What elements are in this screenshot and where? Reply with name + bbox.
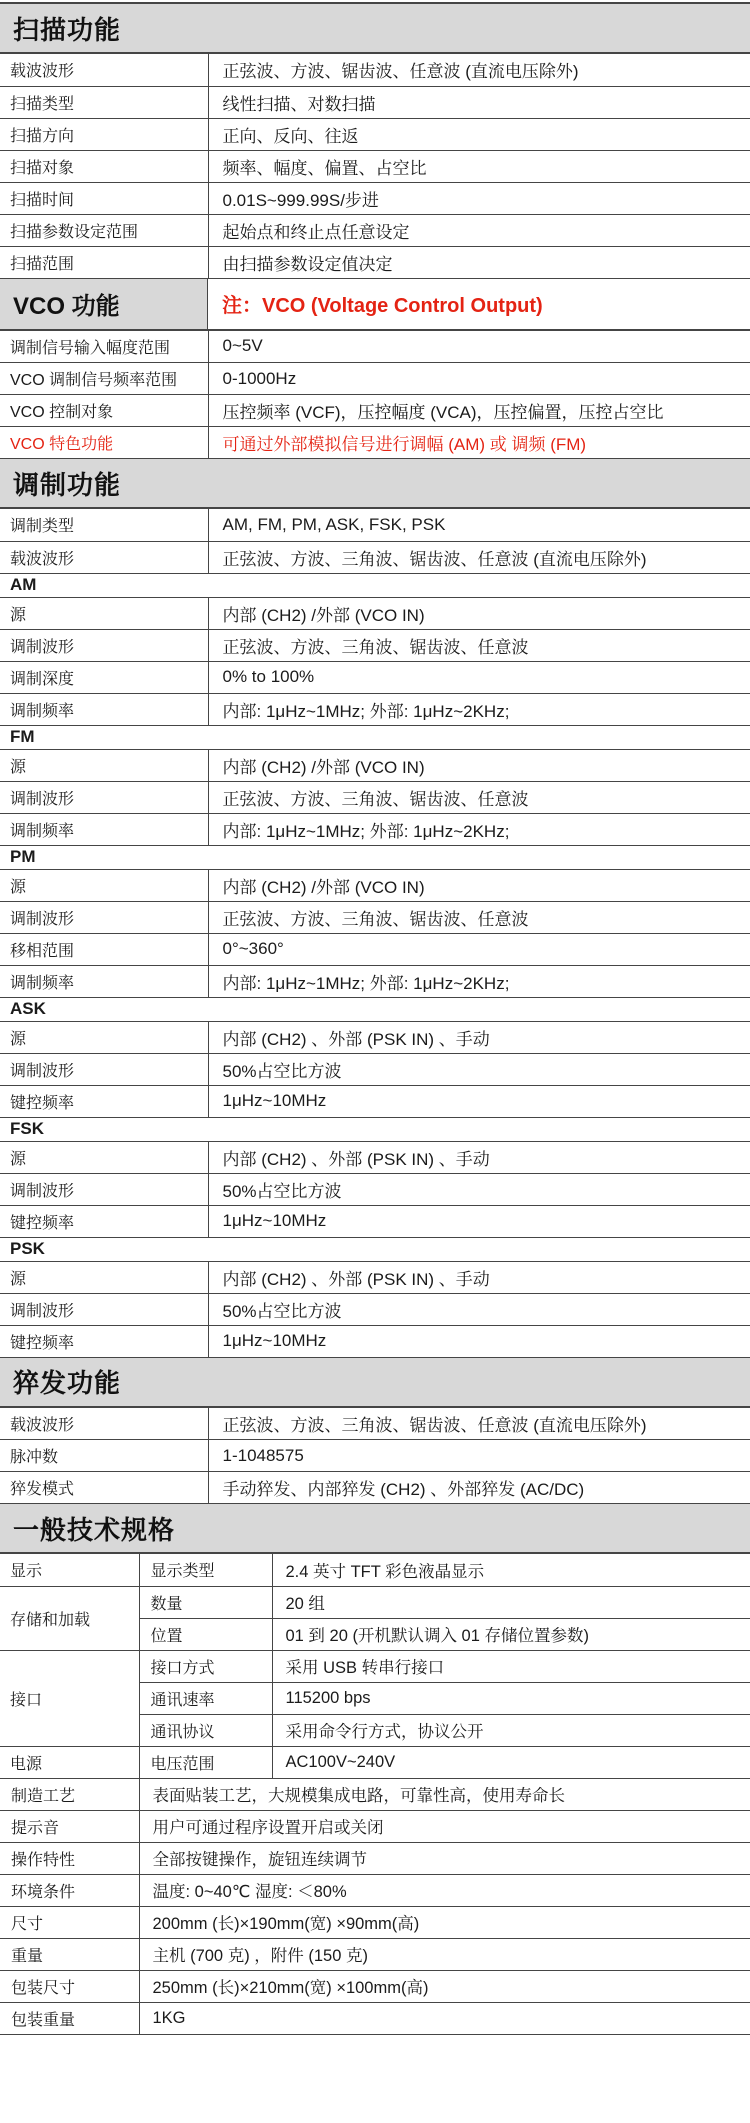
spec-row: 载波波形正弦波、方波、锯齿波、任意波 (直流电压除外) [0, 54, 750, 86]
spec-row: 源内部 (CH2) 、外部 (PSK IN) 、手动 [0, 1261, 750, 1293]
spec-row: VCO 特色功能可通过外部模拟信号进行调幅 (AM) 或 调频 (FM) [0, 427, 750, 459]
spec-value: 1μHz~10MHz [208, 1085, 750, 1117]
spec-row: FM [0, 725, 750, 749]
spec-row: VCO 调制信号频率范围0-1000Hz [0, 363, 750, 395]
spec-value: 内部 (CH2) 、外部 (PSK IN) 、手动 [208, 1021, 750, 1053]
spec-value: 采用 USB 转串行接口 [272, 1650, 750, 1682]
spec-value: 115200 bps [272, 1682, 750, 1714]
spec-value: 正弦波、方波、锯齿波、任意波 (直流电压除外) [208, 54, 750, 86]
spec-value: 50%占空比方波 [208, 1293, 750, 1325]
subsection-label: FSK [0, 1117, 750, 1141]
vco-note-cell: 注：VCO (Voltage Control Output) [208, 279, 750, 329]
spec-value: 2.4 英寸 TFT 彩色液晶显示 [272, 1554, 750, 1586]
spec-row: 接口接口方式采用 USB 转串行接口 [0, 1650, 750, 1682]
vco-note-text: 注：VCO (Voltage Control Output) [222, 289, 543, 318]
spec-row: 源内部 (CH2) /外部 (VCO IN) [0, 597, 750, 629]
spec-label: VCO 调制信号频率范围 [0, 363, 208, 395]
spec-value: 手动猝发、内部猝发 (CH2) 、外部猝发 (AC/DC) [208, 1472, 750, 1504]
spec-label: 扫描对象 [0, 150, 208, 182]
spec-row: 调制深度0% to 100% [0, 661, 750, 693]
spec-row: 调制信号输入幅度范围0~5V [0, 331, 750, 363]
subsection-label: ASK [0, 997, 750, 1021]
spec-row: 载波波形正弦波、方波、三角波、锯齿波、任意波 (直流电压除外) [0, 541, 750, 573]
spec-row: 调制波形正弦波、方波、三角波、锯齿波、任意波 [0, 901, 750, 933]
spec-value: 正弦波、方波、三角波、锯齿波、任意波 [208, 901, 750, 933]
spec-label: 键控频率 [0, 1205, 208, 1237]
spec-label: 调制频率 [0, 693, 208, 725]
spec-row: AM [0, 573, 750, 597]
spec-value: 内部 (CH2) 、外部 (PSK IN) 、手动 [208, 1261, 750, 1293]
spec-label: 源 [0, 1261, 208, 1293]
spec-row: 调制波形正弦波、方波、三角波、锯齿波、任意波 [0, 781, 750, 813]
spec-label: 位置 [139, 1618, 272, 1650]
section-header: 猝发功能 [0, 1358, 750, 1408]
section-header: 扫描功能 [0, 4, 750, 54]
spec-value: 用户可通过程序设置开启或关闭 [139, 1810, 750, 1842]
spec-row: 源内部 (CH2) 、外部 (PSK IN) 、手动 [0, 1141, 750, 1173]
spec-row: 调制波形50%占空比方波 [0, 1293, 750, 1325]
spec-value: 0°~360° [208, 933, 750, 965]
vco-section-header: VCO 功能注：VCO (Voltage Control Output) [0, 279, 750, 331]
spec-group-label: 电源 [0, 1746, 139, 1778]
spec-row: 移相范围0°~360° [0, 933, 750, 965]
spec-label: 调制波形 [0, 781, 208, 813]
spec-value: 内部: 1μHz~1MHz; 外部: 1μHz~2KHz; [208, 693, 750, 725]
spec-label: 键控频率 [0, 1085, 208, 1117]
spec-label: 源 [0, 1021, 208, 1053]
spec-label: 包装重量 [0, 2002, 139, 2034]
section-title: 猝发功能 [13, 1363, 121, 1400]
spec-label: 载波波形 [0, 1408, 208, 1440]
section-title: 扫描功能 [13, 10, 121, 47]
section-header: 调制功能 [0, 459, 750, 509]
spec-value: 线性扫描、对数扫描 [208, 86, 750, 118]
spec-label: 调制深度 [0, 661, 208, 693]
spec-row: 扫描参数设定范围起始点和终止点任意设定 [0, 214, 750, 246]
spec-row: 显示显示类型2.4 英寸 TFT 彩色液晶显示 [0, 1554, 750, 1586]
spec-value: 0-1000Hz [208, 363, 750, 395]
spec-value: 1μHz~10MHz [208, 1205, 750, 1237]
spec-value: 200mm (长)×190mm(宽) ×90mm(高) [139, 1906, 750, 1938]
spec-label: 扫描参数设定范围 [0, 214, 208, 246]
spec-value: 表面贴装工艺，大规模集成电路，可靠性高，使用寿命长 [139, 1778, 750, 1810]
spec-label: 扫描时间 [0, 182, 208, 214]
spec-row: ASK [0, 997, 750, 1021]
spec-value: 内部 (CH2) /外部 (VCO IN) [208, 749, 750, 781]
spec-row: 调制波形正弦波、方波、三角波、锯齿波、任意波 [0, 629, 750, 661]
spec-row: 键控频率1μHz~10MHz [0, 1085, 750, 1117]
spec-row: 扫描时间0.01S~999.99S/步进 [0, 182, 750, 214]
spec-row: 源内部 (CH2) /外部 (VCO IN) [0, 869, 750, 901]
spec-value: 由扫描参数设定值决定 [208, 246, 750, 278]
spec-value: 可通过外部模拟信号进行调幅 (AM) 或 调频 (FM) [208, 427, 750, 459]
spec-label: 调制波形 [0, 1293, 208, 1325]
spec-label: 调制频率 [0, 965, 208, 997]
spec-value: 主机 (700 克) ，附件 (150 克) [139, 1938, 750, 1970]
spec-label: 调制波形 [0, 629, 208, 661]
spec-value: 压控频率 (VCF)，压控幅度 (VCA)，压控偏置，压控占空比 [208, 395, 750, 427]
spec-group-label: 显示 [0, 1554, 139, 1586]
spec-value: 1μHz~10MHz [208, 1325, 750, 1357]
spec-value: 1KG [139, 2002, 750, 2034]
spec-value: 0~5V [208, 331, 750, 363]
spec-label: 电压范围 [139, 1746, 272, 1778]
spec-label: 尺寸 [0, 1906, 139, 1938]
spec-row: 扫描方向正向、反向、往返 [0, 118, 750, 150]
spec-value: 内部: 1μHz~1MHz; 外部: 1μHz~2KHz; [208, 813, 750, 845]
spec-row: 提示音用户可通过程序设置开启或关闭 [0, 1810, 750, 1842]
subsection-label: FM [0, 725, 750, 749]
spec-label: 移相范围 [0, 933, 208, 965]
spec-row: 扫描类型线性扫描、对数扫描 [0, 86, 750, 118]
spec-row: VCO 控制对象压控频率 (VCF)，压控幅度 (VCA)，压控偏置，压控占空比 [0, 395, 750, 427]
spec-value: 正弦波、方波、三角波、锯齿波、任意波 [208, 781, 750, 813]
spec-table: 调制信号输入幅度范围0~5VVCO 调制信号频率范围0-1000HzVCO 控制… [0, 331, 750, 460]
spec-label: VCO 特色功能 [0, 427, 208, 459]
spec-value: 20 组 [272, 1586, 750, 1618]
vco-section-title: VCO 功能 [0, 279, 208, 329]
spec-row: 源内部 (CH2) 、外部 (PSK IN) 、手动 [0, 1021, 750, 1053]
spec-row: 源内部 (CH2) /外部 (VCO IN) [0, 749, 750, 781]
spec-row: 载波波形正弦波、方波、三角波、锯齿波、任意波 (直流电压除外) [0, 1408, 750, 1440]
section-title: 一般技术规格 [13, 1510, 175, 1547]
spec-row: 扫描范围由扫描参数设定值决定 [0, 246, 750, 278]
spec-label: 键控频率 [0, 1325, 208, 1357]
spec-row: 调制波形50%占空比方波 [0, 1053, 750, 1085]
spec-value: 正向、反向、往返 [208, 118, 750, 150]
spec-row: FSK [0, 1117, 750, 1141]
spec-label: 调制信号输入幅度范围 [0, 331, 208, 363]
spec-value: 内部 (CH2) /外部 (VCO IN) [208, 869, 750, 901]
section-title: VCO 功能 [13, 286, 120, 321]
spec-label: 调制波形 [0, 1173, 208, 1205]
spec-row: 调制类型AM, FM, PM, ASK, FSK, PSK [0, 509, 750, 541]
subsection-label: PSK [0, 1237, 750, 1261]
spec-label: 调制频率 [0, 813, 208, 845]
spec-label: VCO 控制对象 [0, 395, 208, 427]
spec-label: 载波波形 [0, 54, 208, 86]
spec-table: 调制类型AM, FM, PM, ASK, FSK, PSK载波波形正弦波、方波、… [0, 509, 750, 1358]
spec-value: 采用命令行方式，协议公开 [272, 1714, 750, 1746]
spec-row: 键控频率1μHz~10MHz [0, 1205, 750, 1237]
spec-label: 重量 [0, 1938, 139, 1970]
spec-value: 起始点和终止点任意设定 [208, 214, 750, 246]
spec-label: 接口方式 [139, 1650, 272, 1682]
general-spec-table: 显示显示类型2.4 英寸 TFT 彩色液晶显示存储和加载数量20 组位置01 到… [0, 1554, 750, 2035]
spec-label: 源 [0, 1141, 208, 1173]
spec-value: 01 到 20 (开机默认调入 01 存储位置参数) [272, 1618, 750, 1650]
spec-row: 包装重量1KG [0, 2002, 750, 2034]
spec-label: 操作特性 [0, 1842, 139, 1874]
spec-group-label: 接口 [0, 1650, 139, 1746]
spec-row: 环境条件温度: 0~40℃ 湿度: ＜80% [0, 1874, 750, 1906]
spec-value: 50%占空比方波 [208, 1173, 750, 1205]
spec-row: 包装尺寸250mm (长)×210mm(宽) ×100mm(高) [0, 1970, 750, 2002]
spec-row: 调制频率内部: 1μHz~1MHz; 外部: 1μHz~2KHz; [0, 693, 750, 725]
spec-label: 源 [0, 749, 208, 781]
spec-row: 操作特性全部按键操作，旋钮连续调节 [0, 1842, 750, 1874]
spec-row: 脉冲数1-1048575 [0, 1440, 750, 1472]
spec-row: 调制波形50%占空比方波 [0, 1173, 750, 1205]
spec-label: 载波波形 [0, 541, 208, 573]
spec-value: 内部 (CH2) /外部 (VCO IN) [208, 597, 750, 629]
spec-value: 全部按键操作，旋钮连续调节 [139, 1842, 750, 1874]
spec-row: PM [0, 845, 750, 869]
spec-table: 载波波形正弦波、方波、三角波、锯齿波、任意波 (直流电压除外)脉冲数1-1048… [0, 1408, 750, 1505]
section-title: 调制功能 [13, 465, 121, 502]
spec-value: 温度: 0~40℃ 湿度: ＜80% [139, 1874, 750, 1906]
spec-row: PSK [0, 1237, 750, 1261]
spec-group-label: 存储和加载 [0, 1586, 139, 1650]
spec-value: 正弦波、方波、三角波、锯齿波、任意波 (直流电压除外) [208, 541, 750, 573]
spec-label: 扫描方向 [0, 118, 208, 150]
spec-label: 扫描范围 [0, 246, 208, 278]
spec-value: 1-1048575 [208, 1440, 750, 1472]
spec-row: 调制频率内部: 1μHz~1MHz; 外部: 1μHz~2KHz; [0, 965, 750, 997]
spec-label: 源 [0, 869, 208, 901]
spec-value: 正弦波、方波、三角波、锯齿波、任意波 (直流电压除外) [208, 1408, 750, 1440]
spec-value: 频率、幅度、偏置、占空比 [208, 150, 750, 182]
spec-label: 通讯速率 [139, 1682, 272, 1714]
subsection-label: AM [0, 573, 750, 597]
spec-row: 猝发模式手动猝发、内部猝发 (CH2) 、外部猝发 (AC/DC) [0, 1472, 750, 1504]
spec-row: 键控频率1μHz~10MHz [0, 1325, 750, 1357]
spec-value: 内部: 1μHz~1MHz; 外部: 1μHz~2KHz; [208, 965, 750, 997]
spec-row: 调制频率内部: 1μHz~1MHz; 外部: 1μHz~2KHz; [0, 813, 750, 845]
spec-row: 尺寸200mm (长)×190mm(宽) ×90mm(高) [0, 1906, 750, 1938]
spec-row: 扫描对象频率、幅度、偏置、占空比 [0, 150, 750, 182]
spec-row: 制造工艺表面贴装工艺，大规模集成电路，可靠性高，使用寿命长 [0, 1778, 750, 1810]
spec-label: 脉冲数 [0, 1440, 208, 1472]
spec-row: 电源电压范围AC100V~240V [0, 1746, 750, 1778]
spec-label: 调制波形 [0, 901, 208, 933]
spec-label: 通讯协议 [139, 1714, 272, 1746]
spec-label: 显示类型 [139, 1554, 272, 1586]
spec-value: 内部 (CH2) 、外部 (PSK IN) 、手动 [208, 1141, 750, 1173]
spec-value: 0% to 100% [208, 661, 750, 693]
spec-row: 存储和加载数量20 组 [0, 1586, 750, 1618]
spec-value: 250mm (长)×210mm(宽) ×100mm(高) [139, 1970, 750, 2002]
spec-label: 提示音 [0, 1810, 139, 1842]
spec-label: 制造工艺 [0, 1778, 139, 1810]
spec-sheet-document: 扫描功能载波波形正弦波、方波、锯齿波、任意波 (直流电压除外)扫描类型线性扫描、… [0, 2, 750, 2035]
spec-label: 包装尺寸 [0, 1970, 139, 2002]
spec-label: 数量 [139, 1586, 272, 1618]
spec-value: 正弦波、方波、三角波、锯齿波、任意波 [208, 629, 750, 661]
section-header: 一般技术规格 [0, 1504, 750, 1554]
spec-table: 载波波形正弦波、方波、锯齿波、任意波 (直流电压除外)扫描类型线性扫描、对数扫描… [0, 54, 750, 279]
spec-label: 源 [0, 597, 208, 629]
spec-label: 调制波形 [0, 1053, 208, 1085]
spec-value: 0.01S~999.99S/步进 [208, 182, 750, 214]
spec-row: 重量主机 (700 克) ，附件 (150 克) [0, 1938, 750, 1970]
spec-label: 环境条件 [0, 1874, 139, 1906]
spec-value: 50%占空比方波 [208, 1053, 750, 1085]
spec-label: 猝发模式 [0, 1472, 208, 1504]
spec-label: 调制类型 [0, 509, 208, 541]
subsection-label: PM [0, 845, 750, 869]
spec-value: AM, FM, PM, ASK, FSK, PSK [208, 509, 750, 541]
spec-label: 扫描类型 [0, 86, 208, 118]
spec-value: AC100V~240V [272, 1746, 750, 1778]
